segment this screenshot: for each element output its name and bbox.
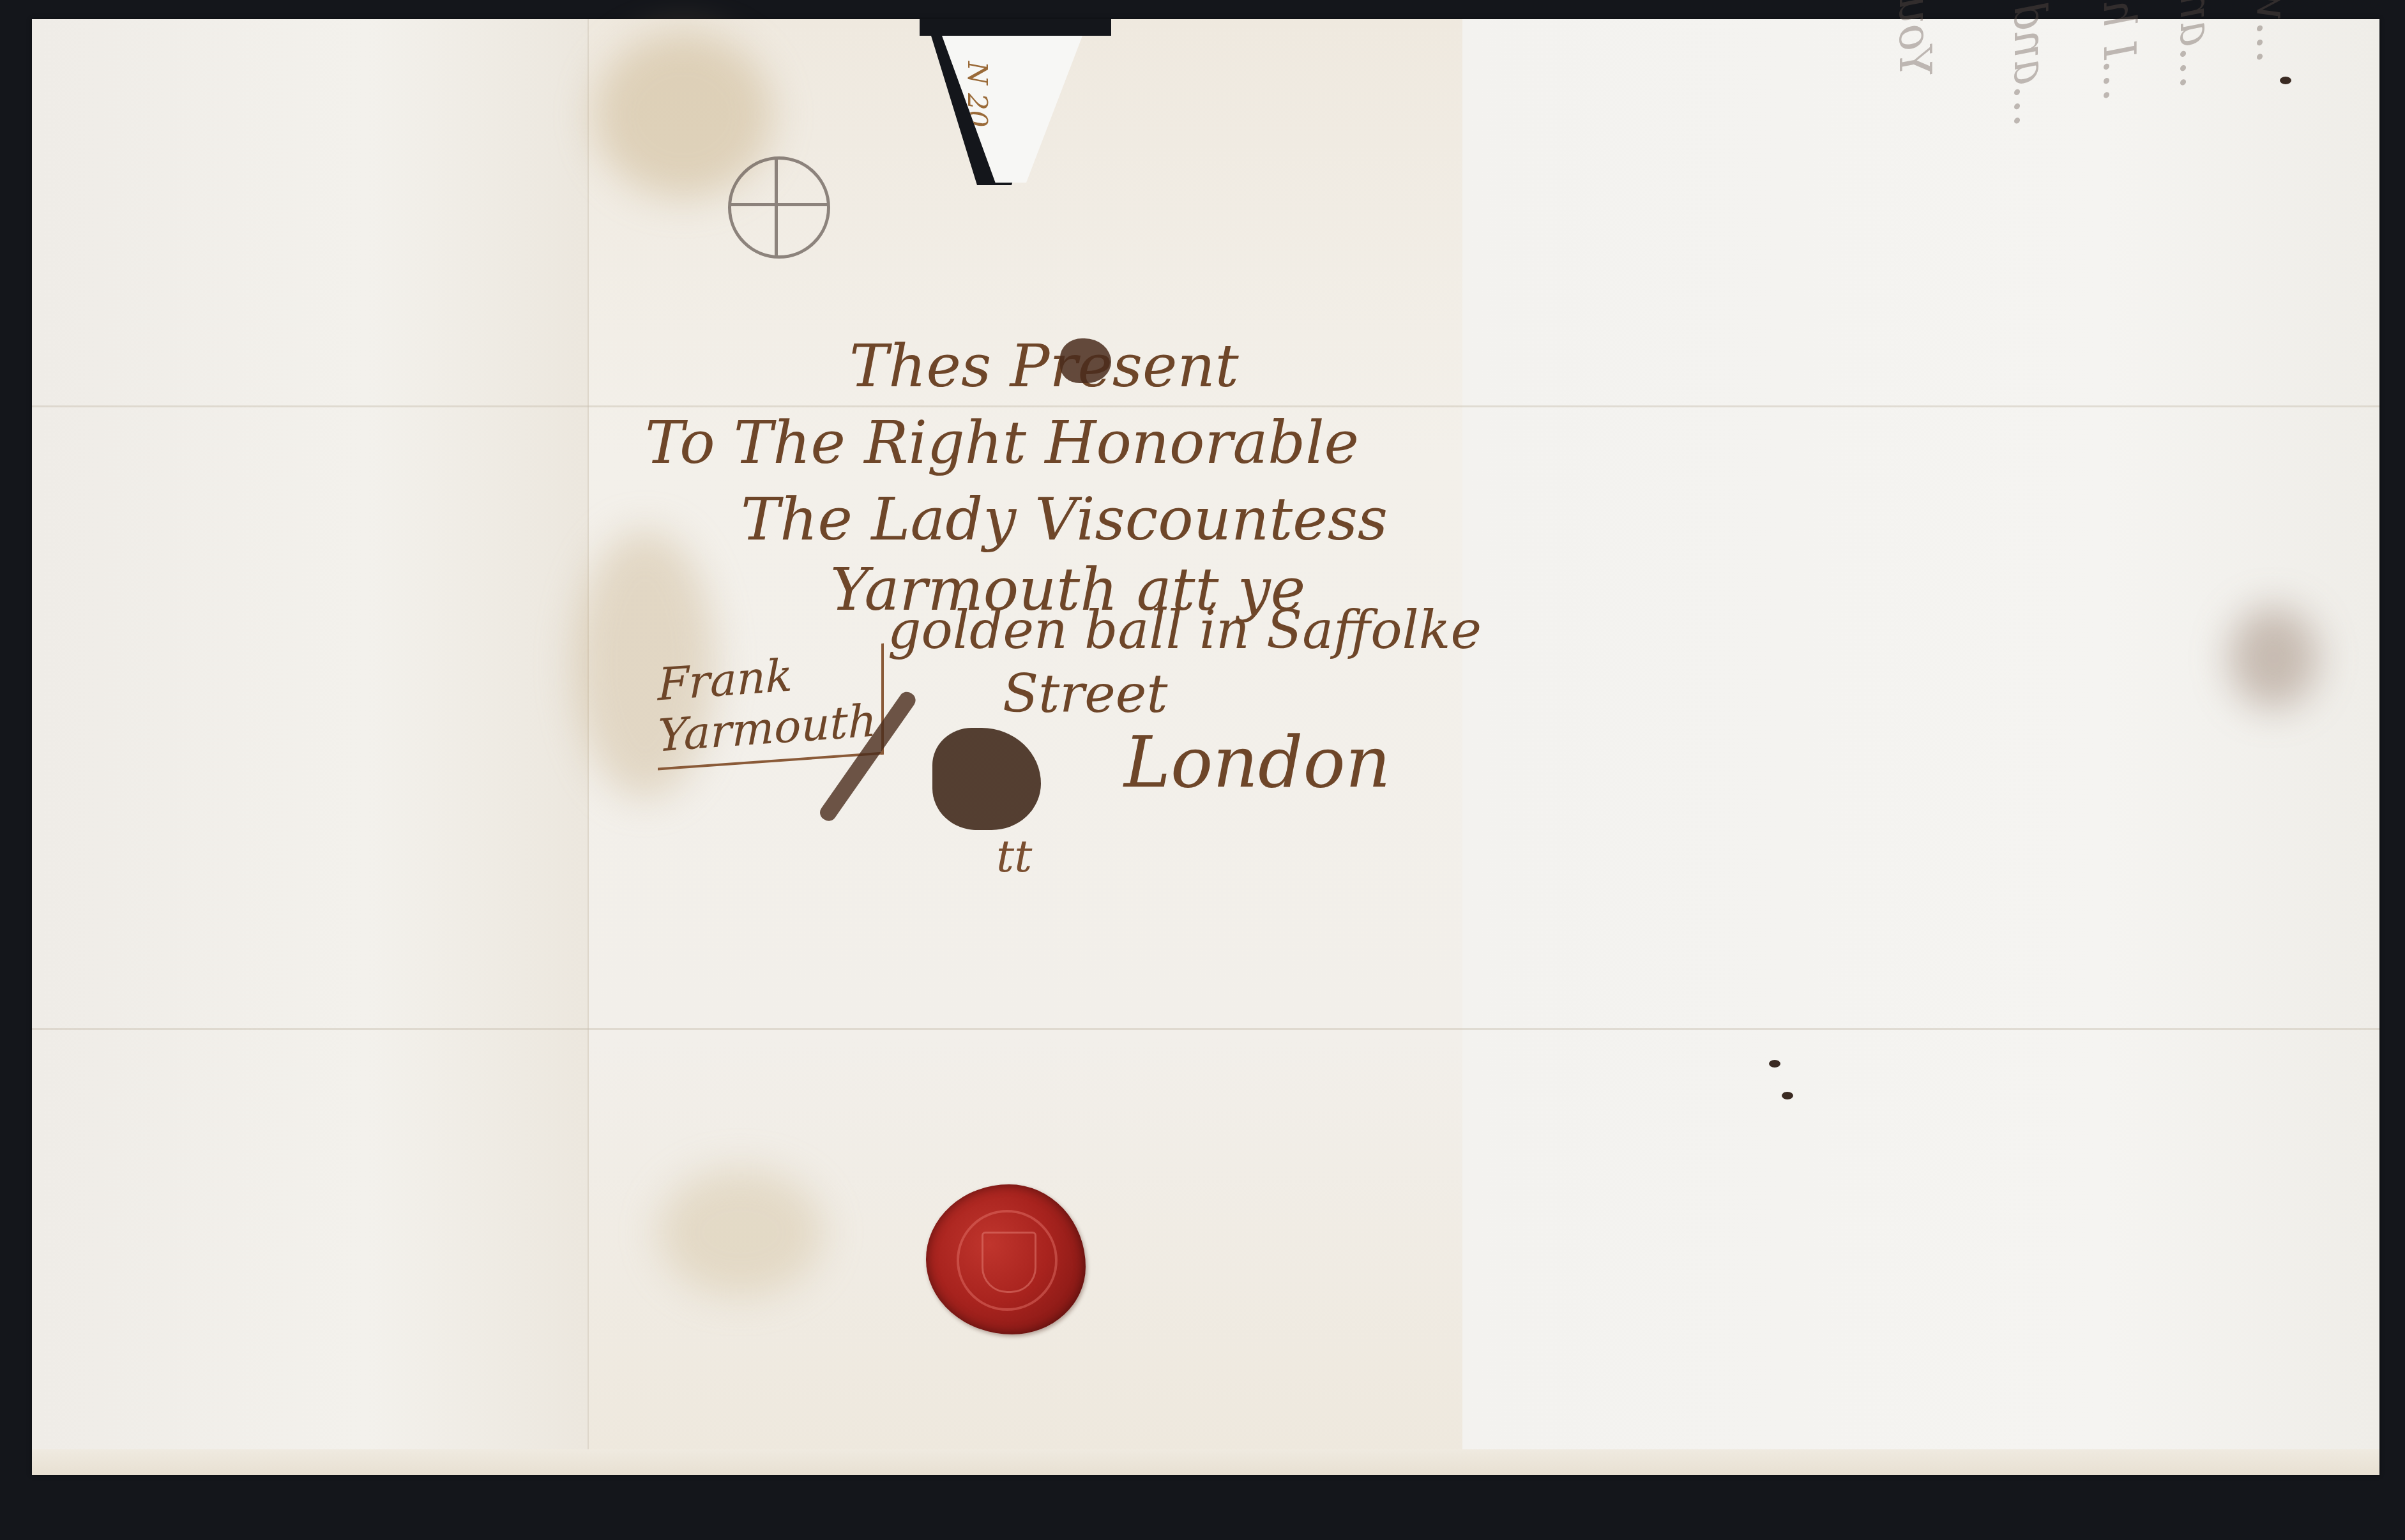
frank-signature: Frank Yarmouth [658, 644, 884, 771]
right-panel [1462, 19, 2379, 1475]
address-line-recipient-title: To The Right Honorable [645, 409, 1359, 477]
fold-line [32, 1028, 2379, 1030]
show-through-line: ...with the ...shall be... [2247, 0, 2299, 64]
manuscript-charge-mark: tt [996, 830, 1032, 882]
show-through-line: Your Humble servant [1889, 0, 1941, 77]
address-line-street: Street [1003, 664, 1167, 725]
seal-impression [957, 1210, 1058, 1311]
address-line-city: London [1124, 721, 1391, 803]
show-through-line: ...I have done for... [2093, 0, 2146, 102]
ink-blot [1060, 338, 1111, 383]
ink-dot [1769, 1060, 1780, 1068]
show-through-line: ...and the Lord... [2004, 0, 2056, 128]
left-panel [32, 19, 588, 1475]
age-stain [658, 1168, 824, 1296]
ink-stain [2229, 607, 2318, 709]
show-through-line: ...and that I may... [2170, 0, 2222, 89]
address-line-recipient-name: The Lady Viscountess [741, 485, 1388, 554]
address-line-sign: golden ball in Saffolke [888, 600, 1482, 661]
fold-line [32, 405, 2379, 407]
address-line-heading: Thes Present [849, 332, 1239, 400]
bottom-edge-fold [32, 1449, 2379, 1475]
bishop-mark-postmark [728, 156, 830, 259]
ink-dot [2280, 77, 2291, 84]
seal-crest-icon [982, 1232, 1036, 1293]
ink-dot [1782, 1092, 1793, 1099]
